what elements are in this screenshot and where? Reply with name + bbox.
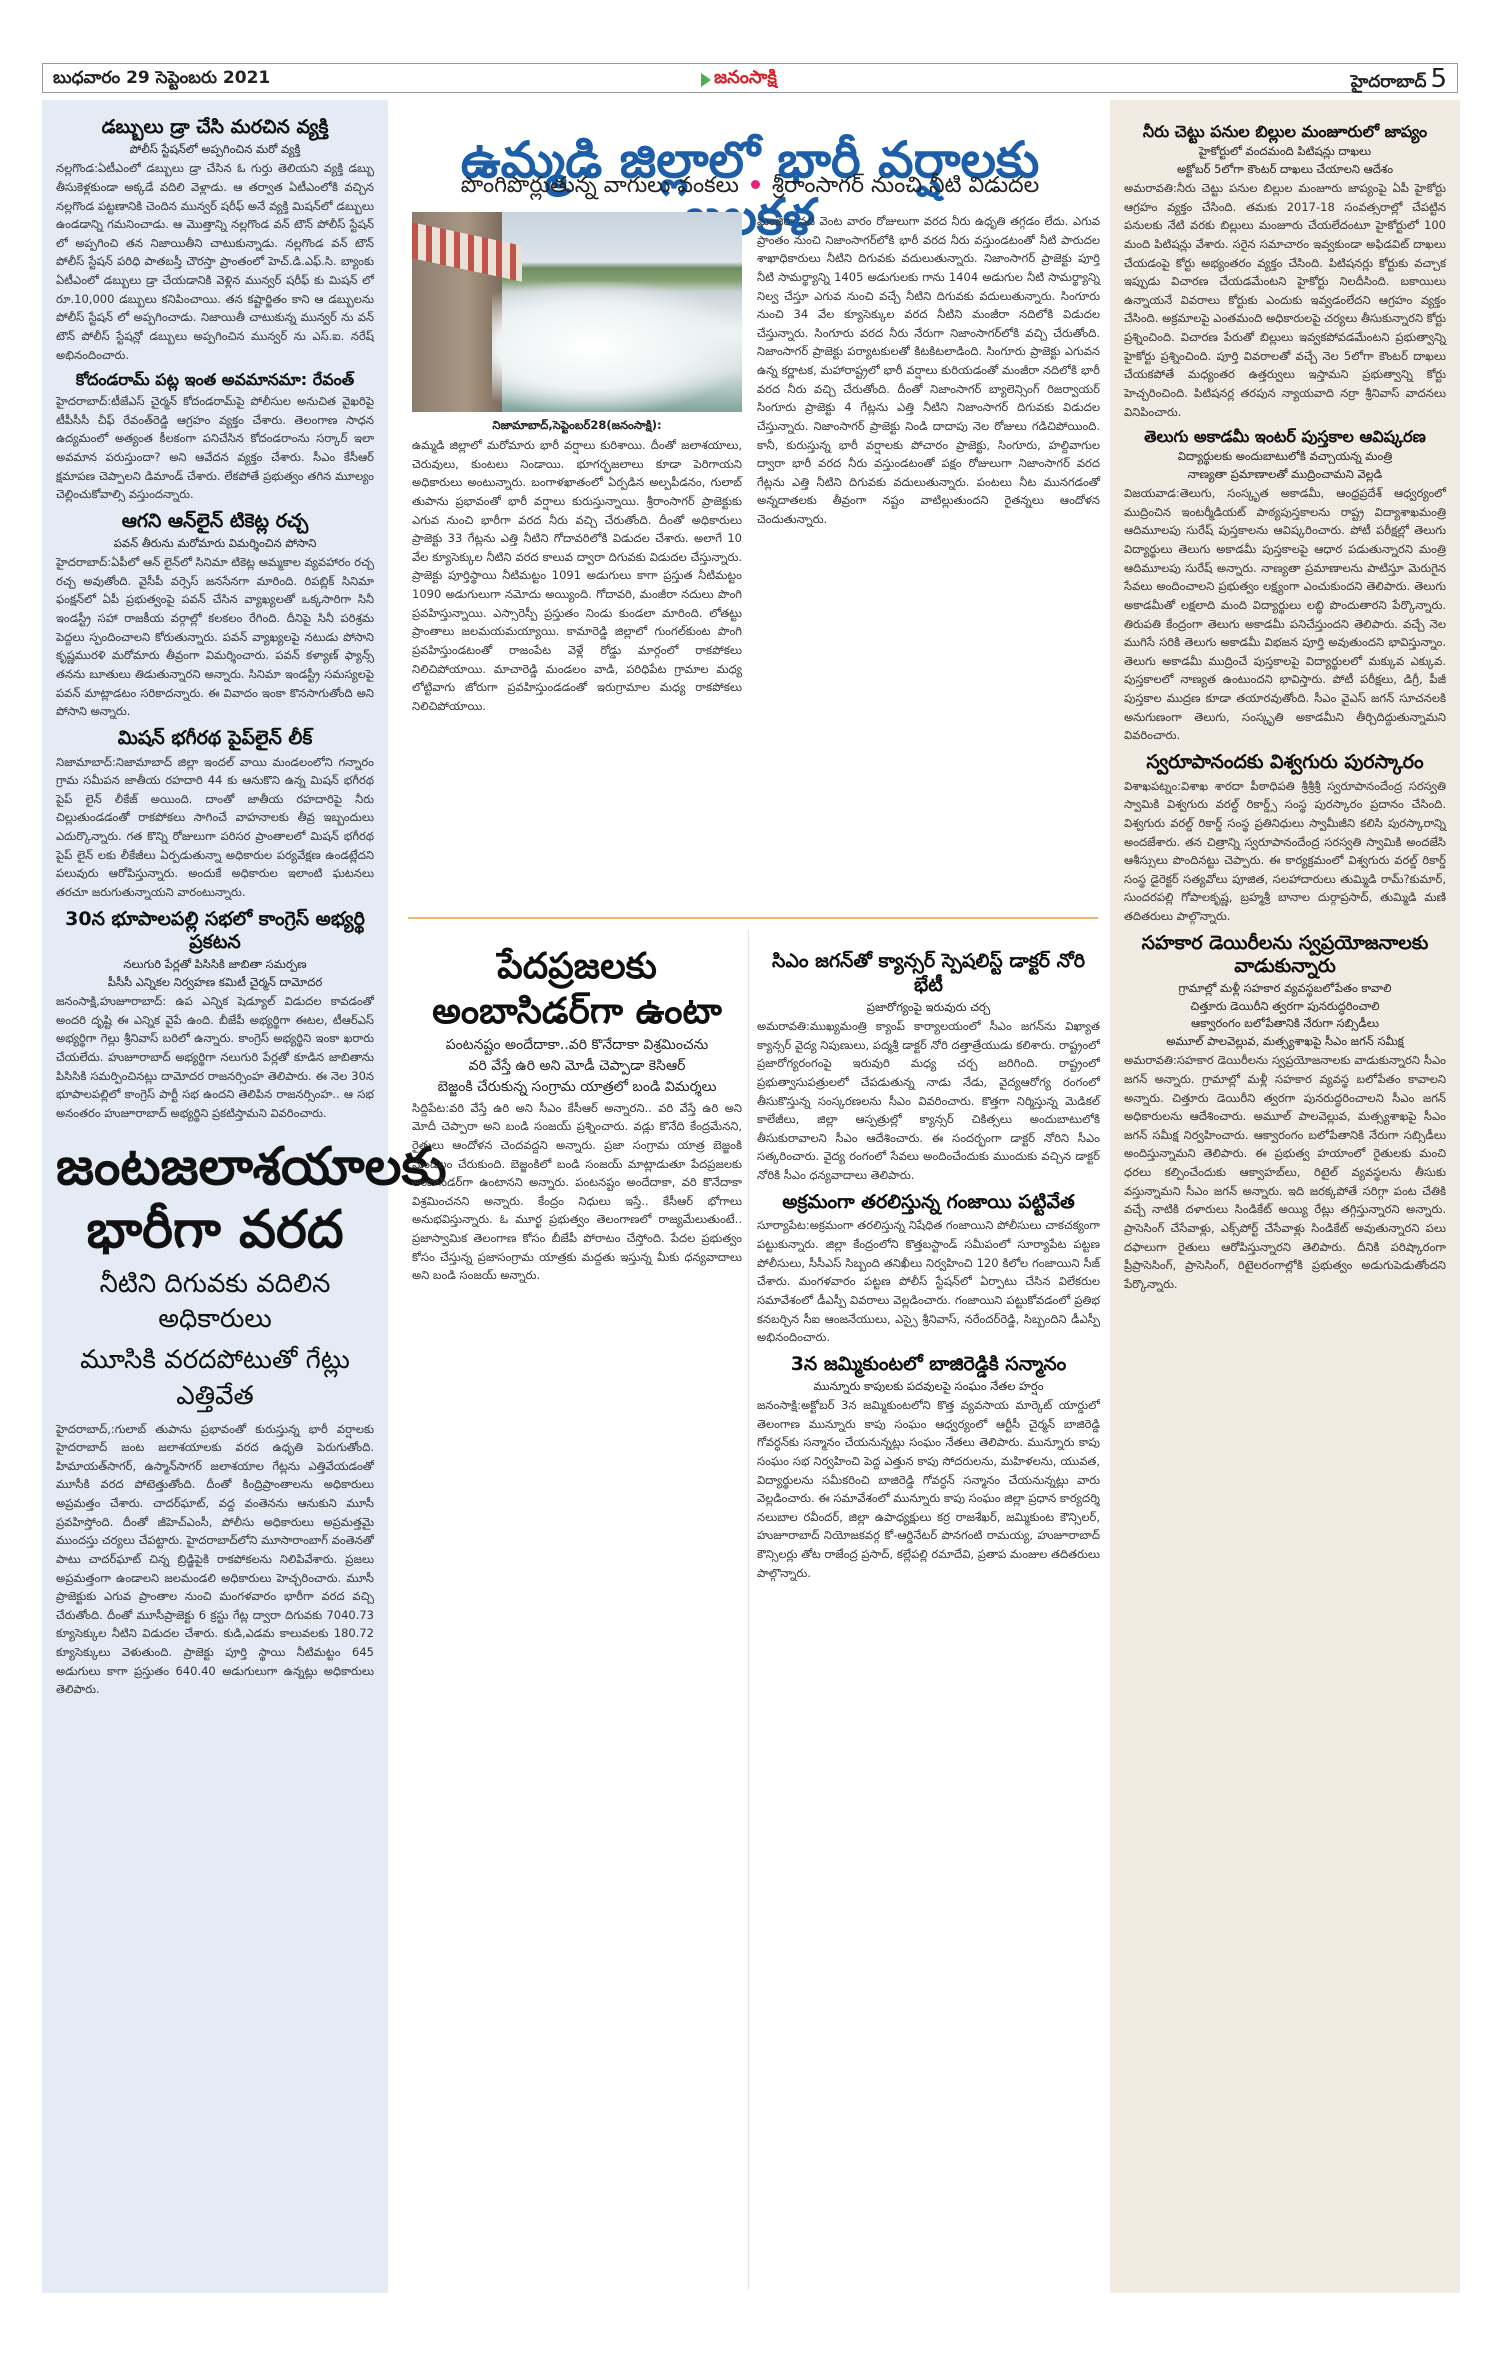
- story-cooperative-dairies: సహకార డెయిరీలను స్వప్రయోజనాలకు వాడుకున్న…: [1124, 932, 1446, 1294]
- bullet-icon: [751, 180, 760, 189]
- story-congress-candidate: 30న భూపాలపల్లి సభలో కాంగ్రెస్ అభ్యర్థి ప…: [56, 908, 374, 1123]
- headline: జంటజలాశయాలకు భారీగా వరద: [56, 1136, 374, 1261]
- story-atm-cash: డబ్బులు డ్రా చేసి మరచిన వ్యక్తి పోలీస్ స…: [56, 116, 374, 364]
- headline: 30న భూపాలపల్లి సభలో కాంగ్రెస్ అభ్యర్థి ప…: [56, 908, 374, 956]
- headline: నీరు చెట్టు పనుల బిల్లుల మంజూరులో జాప్యం: [1124, 122, 1446, 142]
- story-body: జనంసాక్షి,హుజూరాబాద్: ఉప ఎన్నిక షెడ్యూల్…: [56, 992, 374, 1122]
- story-online-tickets: ఆగని ఆన్‌లైన్ టికెట్ల రచ్చ పవన్ తీరును మ…: [56, 510, 374, 721]
- newspaper-logo: జనంసాక్షి: [701, 67, 777, 92]
- headline: 3న జమ్మికుంటలో బాజిరెడ్డికి సన్మానం: [757, 1353, 1100, 1377]
- story-body: అమరావతి:ముఖ్యమంత్రి క్యాంప్ కార్యాలయంలో …: [757, 1017, 1100, 1185]
- headline: సహకార డెయిరీలను స్వప్రయోజనాలకు వాడుకున్న…: [1124, 932, 1446, 980]
- story-body: హైదరాబాద్,:గులాబ్ తుపాను ప్రభావంతో కురుస…: [56, 1420, 374, 1699]
- headline: కోదండరామ్ పట్ల ఇంత అవమానమా: రేవంత్: [56, 370, 374, 390]
- story-body: హైదరాబాద్:ఏపీలో ఆన్ లైన్‌లో సినిమా టికెట…: [56, 553, 374, 721]
- subheadline: ఆక్వారంగం బలోపేతానికి నేరుగా సబ్సిడీలు: [1124, 1016, 1446, 1032]
- water-spray: [492, 282, 742, 412]
- story-cm-jagan-doctor: సిఎం జగన్‌తో క్యాన్సర్ స్పెషలిస్ట్ డాక్ట…: [757, 950, 1100, 1185]
- section-divider: [408, 917, 1098, 919]
- subheadline: విద్యార్థులకు అందుబాటులోకి వచ్చాయన్న మంత…: [1124, 449, 1446, 465]
- story-telugu-academy: తెలుగు అకాడమీ ఇంటర్ పుస్తకాల ఆవిష్కరణ వి…: [1124, 427, 1446, 745]
- subheadline: హైకోర్టులో వందమంది పిటిషన్లు దాఖలు: [1124, 144, 1446, 160]
- story-twin-reservoirs: జంటజలాశయాలకు భారీగా వరద నీటిని దిగువకు వ…: [56, 1136, 374, 1699]
- story-body: సిద్దిపేట:వరి వేస్తే ఉరి అని సీఎం కేసీఆర…: [412, 1099, 742, 1285]
- edition-page: హైదరాబాద్ 5: [1351, 64, 1447, 96]
- dateline: నిజామాబాద్,సెప్టెంబర్28(జనంసాక్షి):: [412, 418, 742, 435]
- story-body: నిజామాబాద్:నిజామాబాద్ జిల్లా ఇందల్ వాయి …: [56, 753, 374, 902]
- subheadline: మూసికి వరదపోటుతో గేట్లు ఎత్తివేత: [56, 1343, 374, 1413]
- headline: స్వరూపానందకు విశ్వగురు పురస్కారం: [1124, 751, 1446, 775]
- subheadline: నలుగురి పేర్లతో పిసిసికి జాబితా సమర్పణ: [56, 957, 374, 973]
- subheadline: మున్నూరు కాపులకు పదవులపై సంఘం నేతల హర్షం: [757, 1379, 1100, 1395]
- subheadline: వరి వేస్తే ఉరి అని మోడీ చెప్పాడా కెసిఆర్: [412, 1057, 742, 1076]
- masthead: బుధవారం 29 సెప్టెంబరు 2021 జనంసాక్షి హైద…: [42, 63, 1458, 93]
- story-neeru-chettu: నీరు చెట్టు పనుల బిల్లుల మంజూరులో జాప్యం…: [1124, 122, 1446, 421]
- subheadline: అక్టోబర్ 5లోగా కౌంటర్ దాఖలు చేయాలని ఆదేశ…: [1124, 162, 1446, 178]
- story-mission-bhagiratha: మిషన్ భగీరథ పైప్‌లైన్ లీక్ నిజామాబాద్:ని…: [56, 727, 374, 902]
- subheadline: నీటిని దిగువకు వదిలిన అధికారులు: [56, 1267, 374, 1337]
- main-subheadline: పొంగిపొర్లుతున్న వాగులు వంకలు శ్రీరాంసాగ…: [400, 173, 1100, 203]
- logo-play-icon: [701, 73, 711, 87]
- headline: అక్రమంగా తరలిస్తున్న గంజాయి పట్టివేత: [757, 1191, 1100, 1215]
- issue-date: బుధవారం 29 సెప్టెంబరు 2021: [53, 68, 270, 92]
- story-ganja-seizure: అక్రమంగా తరలిస్తున్న గంజాయి పట్టివేత సూర…: [757, 1191, 1100, 1347]
- headline: సిఎం జగన్‌తో క్యాన్సర్ స్పెషలిస్ట్ డాక్ట…: [757, 950, 1100, 998]
- story-bandi-sanjay: పేదప్రజలకు అంబాసిడర్‌గా ఉంటా పంటనష్టం అం…: [412, 930, 742, 1289]
- subheadline: పీసీసీ ఎన్నికల నిర్వహణ కమిటీ చైర్మన్ దామ…: [56, 975, 374, 991]
- left-news-column: డబ్బులు డ్రా చేసి మరచిన వ్యక్తి పోలీస్ స…: [42, 100, 388, 2293]
- headline: డబ్బులు డ్రా చేసి మరచిన వ్యక్తి: [56, 116, 374, 140]
- edition-city: హైదరాబాద్: [1351, 72, 1427, 96]
- subheadline: చిత్తూరు డెయిరీని త్వరగా పునరుద్ధరించాలి: [1124, 999, 1446, 1015]
- story-bajireddy-felicitation: 3న జమ్మికుంటలో బాజిరెడ్డికి సన్మానం మున్…: [757, 1353, 1100, 1583]
- headline: ఆగని ఆన్‌లైన్ టికెట్ల రచ్చ: [56, 510, 374, 534]
- story-body: విశాఖపట్నం:విశాఖ శారదా పీఠాధిపతి శ్రీశ్ర…: [1124, 777, 1446, 926]
- dam-spillway-photo: [412, 212, 742, 412]
- story-body: సూర్యాపేట:అక్రమంగా తరలిస్తున్న నిషేధిత గ…: [757, 1216, 1100, 1346]
- headline: మిషన్ భగీరథ పైప్‌లైన్ లీక్: [56, 727, 374, 751]
- subhead-right: శ్రీరాంసాగర్ నుంచి నీటి విడుదల: [772, 173, 1039, 198]
- subheadline: ప్రజారోగ్యంపై ఇరువురు చర్చ: [757, 1000, 1100, 1016]
- right-news-column: నీరు చెట్టు పనుల బిల్లుల మంజూరులో జాప్యం…: [1110, 100, 1460, 2293]
- subheadline: పంటనష్టం అందేదాకా..వరి కొనేదాకా విశ్రమిం…: [412, 1036, 742, 1055]
- logo-text: జనంసాక్షి: [714, 67, 777, 92]
- column-rule: [748, 930, 749, 2290]
- main-story-col2: మంజీరా నది వెంట వారం రోజులుగా వరద నీరు ఉ…: [757, 212, 1100, 529]
- headline: తెలుగు అకాడమీ ఇంటర్ పుస్తకాల ఆవిష్కరణ: [1124, 427, 1446, 447]
- subhead-left: పొంగిపొర్లుతున్న వాగులు వంకలు: [461, 173, 739, 198]
- subheadline: పవన్ తీరును మరోమారు విమర్శించిన పోసాని: [56, 536, 374, 552]
- story-body: అమరావతి:నీరు చెట్టు పనుల బిల్లుల మంజూరు …: [1124, 179, 1446, 421]
- subheadline: నాణ్యతా ప్రమాణాలతో ముద్రించామని వెల్లడి: [1124, 467, 1446, 483]
- story-body: అమరావతి:సహకార డెయిరీలను స్వప్రయోజనాలకు వ…: [1124, 1051, 1446, 1293]
- main-story-col1: ఉమ్మడి జిల్లాలో మరోమారు భారీ వర్షాలు కుర…: [412, 436, 742, 715]
- story-kodandaram: కోదండరామ్ పట్ల ఇంత అవమానమా: రేవంత్ హైదరా…: [56, 370, 374, 504]
- subheadline: పోలీస్ స్టేషన్‌లో అప్పగించిన మరో వ్యక్తి: [56, 142, 374, 158]
- subheadline: అమూల్ పాలవెల్లువ, మత్స్యశాఖపై సీఎం జగన్ …: [1124, 1034, 1446, 1050]
- headline: పేదప్రజలకు అంబాసిడర్‌గా ఉంటా: [412, 944, 742, 1034]
- story-body: విజయవాడ:తెలుగు, సంస్కృత అకాడమీ, ఆంధ్రప్ర…: [1124, 484, 1446, 745]
- subheadline: గ్రామాల్లో మళ్లీ సహకార వ్యవస్థబలోపేతం కా…: [1124, 981, 1446, 997]
- page-number: 5: [1430, 64, 1447, 94]
- story-swaroopananda: స్వరూపానందకు విశ్వగురు పురస్కారం విశాఖపట…: [1124, 751, 1446, 926]
- story-body: జనంసాక్షి:అక్టోబర్ 3న జమ్మికుంటలోని కొత్…: [757, 1396, 1100, 1582]
- story-body: హైదరాబాద్:టీజేఎస్ చైర్మన్ కోదండరామ్‌పై ప…: [56, 392, 374, 504]
- center-right-stories: సిఎం జగన్‌తో క్యాన్సర్ స్పెషలిస్ట్ డాక్ట…: [757, 930, 1100, 1586]
- subheadline: బెజ్జంకి చేరుకున్న సంగ్రామ యాత్రలో బండి …: [412, 1078, 742, 1097]
- story-body: నల్లగొండ:ఏటీఎంలో డబ్బులు డ్రా చేసిన ఓ గు…: [56, 159, 374, 364]
